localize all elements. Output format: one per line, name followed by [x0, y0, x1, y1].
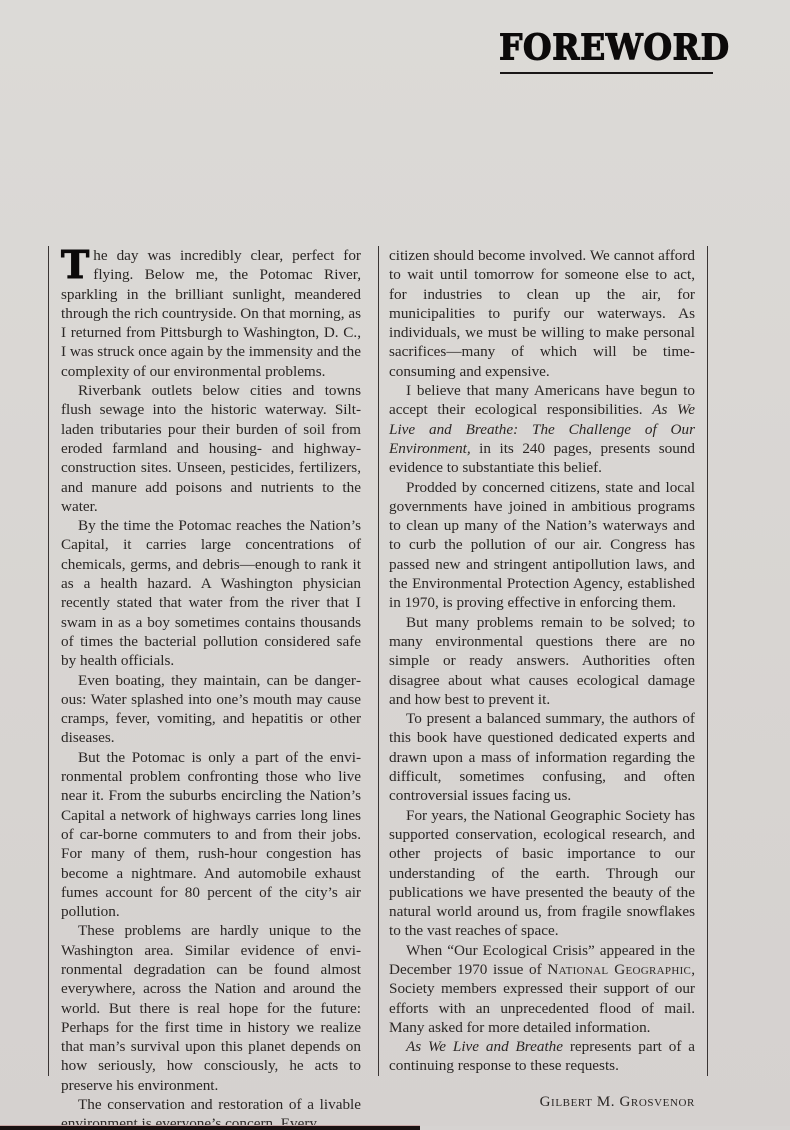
paragraph-10: But many problems remain to be solved; t…	[389, 613, 695, 709]
paragraph-6: These problems are hardly unique to the …	[61, 921, 361, 1095]
signature: Gilbert M. Grosvenor	[389, 1093, 695, 1112]
paragraph-9: Prodded by concerned citizens, state and…	[389, 478, 695, 613]
paragraph-8: I believe that many Americans have begun…	[389, 381, 695, 477]
title-underline	[500, 72, 713, 74]
paragraph-11: To present a balanced summary, the au­th…	[389, 709, 695, 805]
drop-cap: T	[61, 249, 89, 281]
paragraph-5: But the Potomac is only a part of the en…	[61, 748, 361, 922]
page: FOREWORD The day was incredibly clear, p…	[0, 0, 790, 1126]
paragraph-3: By the time the Potomac reaches the Na­t…	[61, 516, 361, 670]
paragraph-14: As We Live and Breathe represents part o…	[389, 1037, 695, 1076]
paragraph-13: When “Our Ecological Crisis” appeared in…	[389, 941, 695, 1037]
paragraph-12: For years, the National Geographic Socie…	[389, 806, 695, 941]
left-column: The day was incredibly clear, perfect fo…	[48, 246, 379, 1076]
paragraph-4: Even boating, they maintain, can be dang…	[61, 671, 361, 748]
right-column: citizen should become involved. We canno…	[378, 246, 708, 1076]
page-bottom-edge	[0, 1125, 420, 1130]
paragraph-7-continued: citizen should become involved. We canno…	[389, 246, 695, 381]
page-title: FOREWORD	[499, 26, 715, 68]
paragraph-1: The day was incredibly clear, perfect fo…	[61, 246, 361, 381]
magazine-name: National Geo­graphic	[547, 961, 691, 978]
book-title-short: As We Live and Breathe	[406, 1038, 563, 1055]
paragraph-2: Riverbank outlets below cities and towns…	[61, 381, 361, 516]
